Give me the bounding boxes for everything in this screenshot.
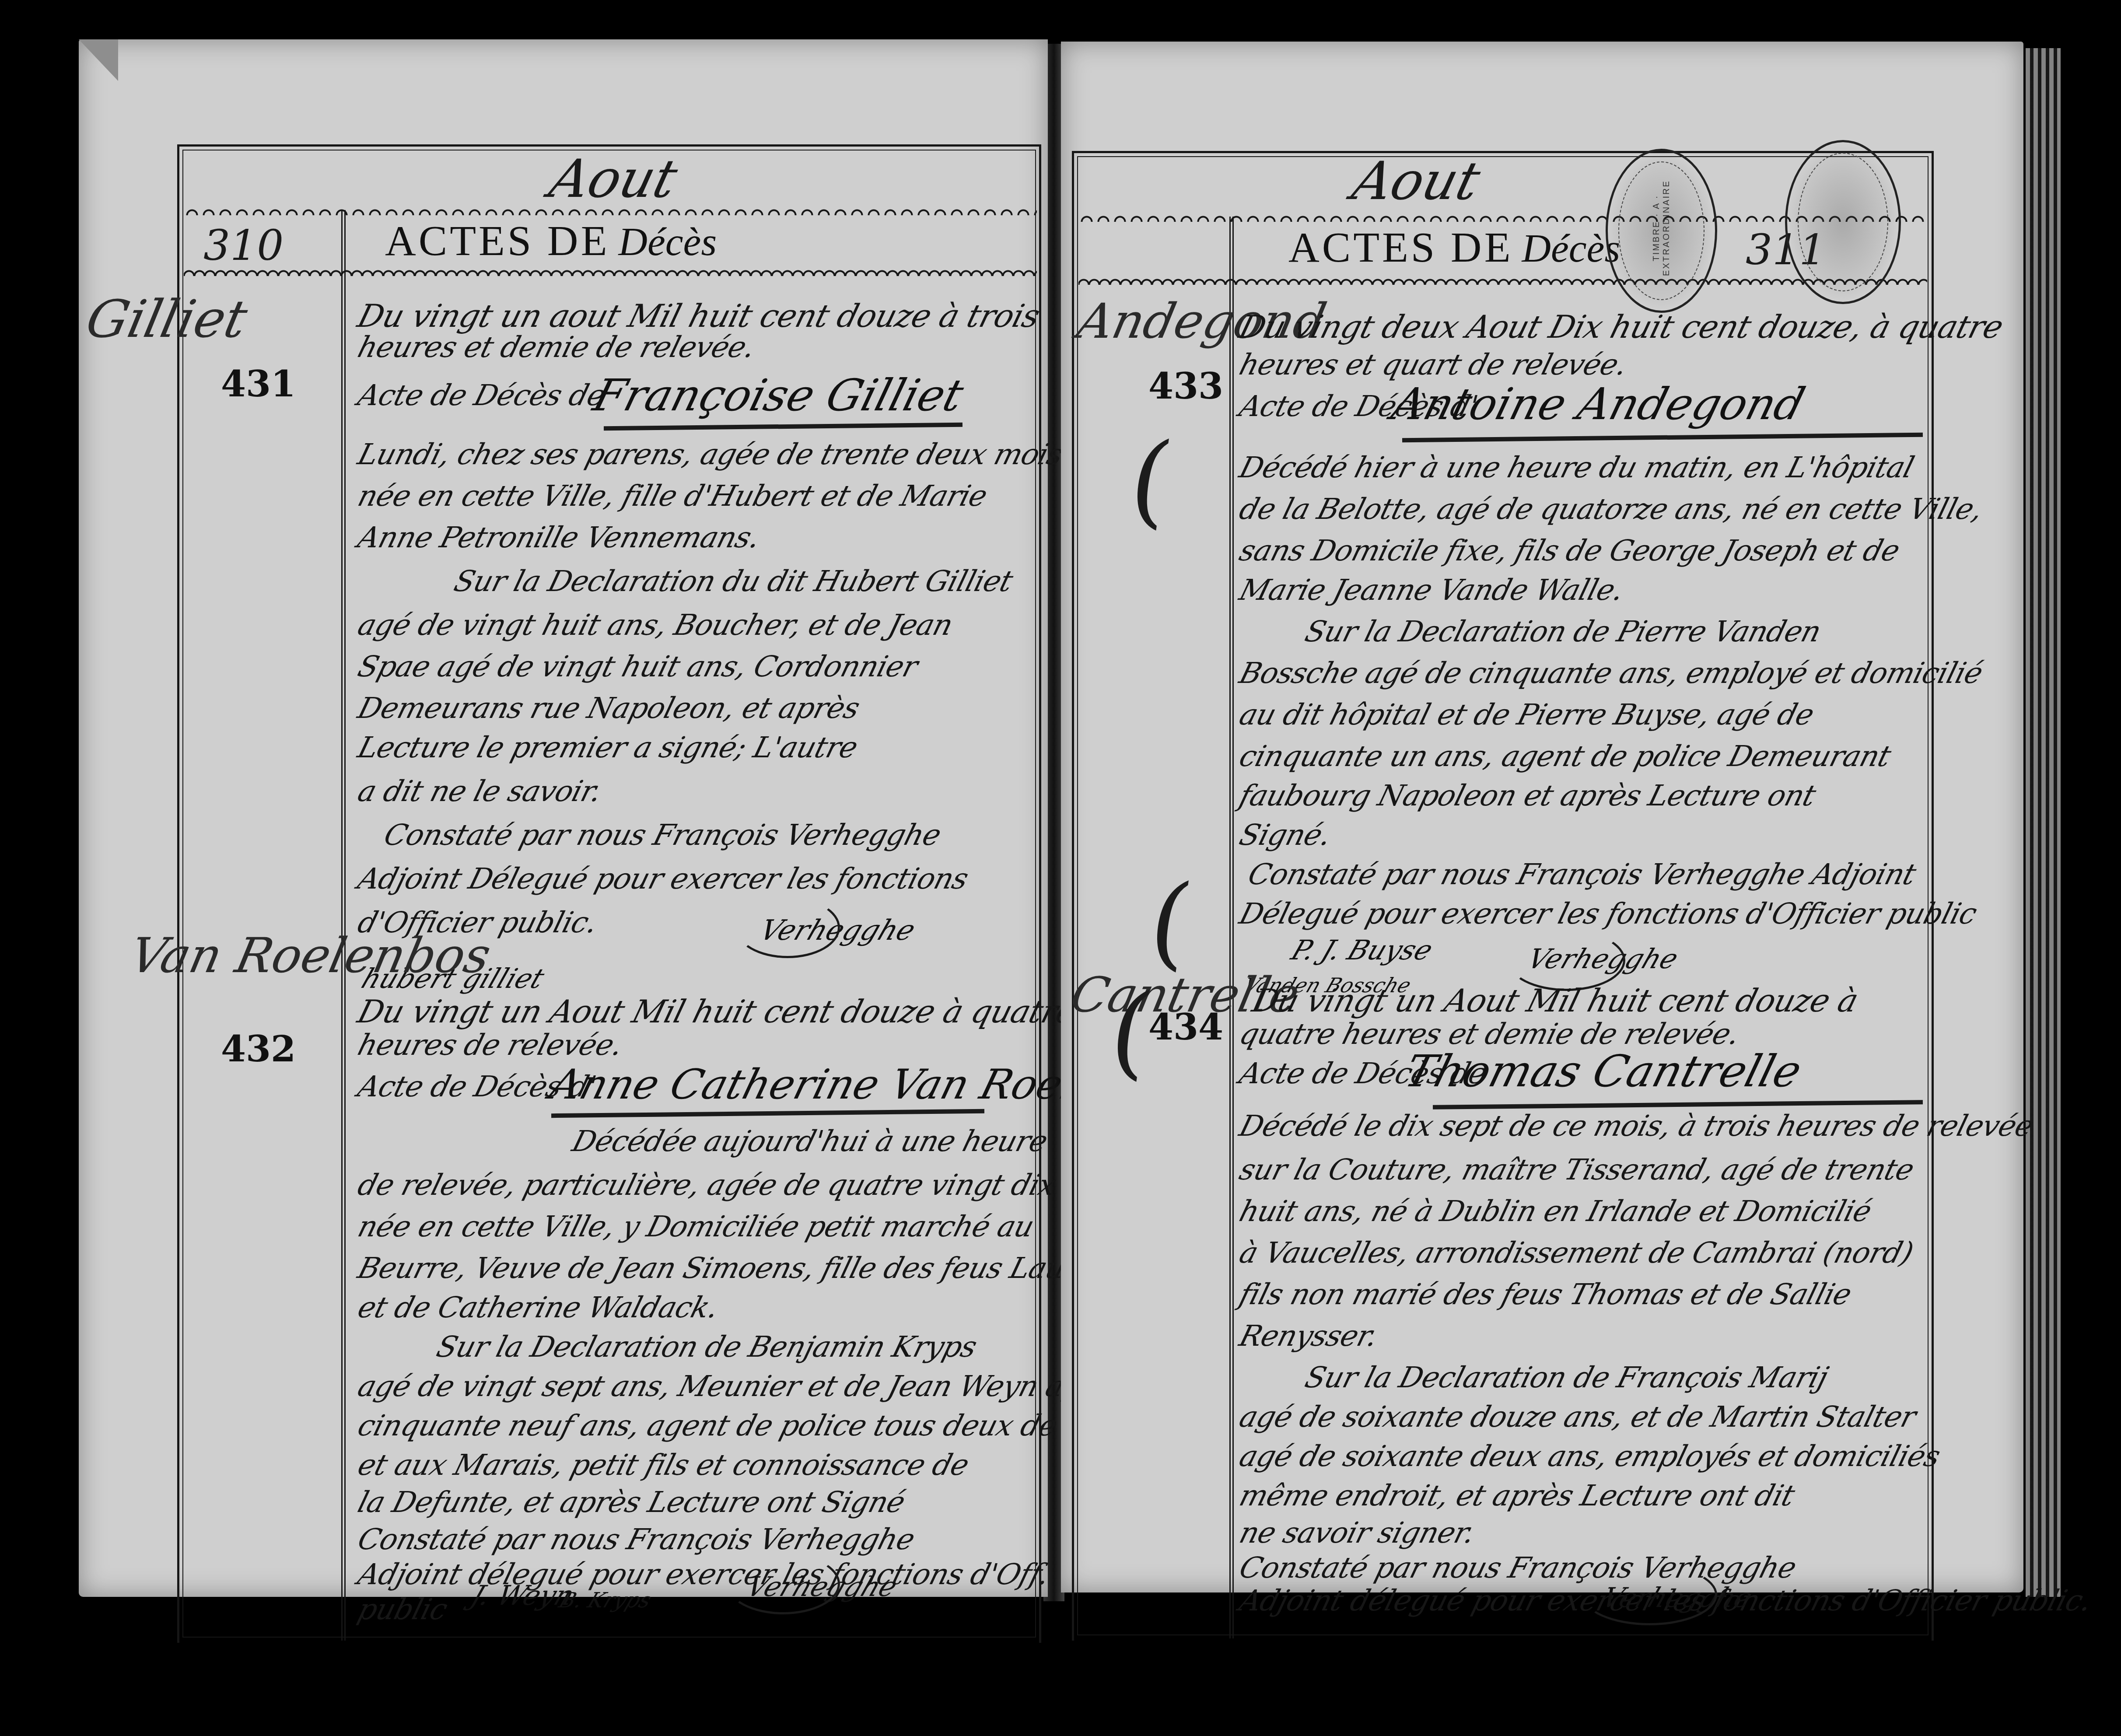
section-heading-label: ACTES DE [385, 217, 610, 265]
signature-flourish [735, 897, 840, 958]
entry-line: au dit hôpital et de Pierre Buyse, agé d… [1236, 698, 1818, 731]
stamp-label: TIMBRE · A · EXTRAORDINAIRE [1652, 175, 1672, 282]
act-number: 433 [1148, 365, 1223, 407]
entry-line: huit ans, né à Dublin en Irlande et Domi… [1236, 1194, 1875, 1228]
entry-line: heures de relevée. [354, 1028, 626, 1062]
section-heading: ACTES DE311Décès [1288, 223, 1620, 272]
entry-line: Adjoint Délegué pour exercer les fonctio… [354, 862, 972, 896]
deceased-name: Françoise Gilliet [588, 370, 969, 421]
page-number: 310 [203, 221, 283, 270]
entry-line: et de Catherine Waldack. [354, 1291, 722, 1324]
entry-line: Constaté par nous François Verhegghe [381, 818, 945, 852]
signature-flourish [1507, 930, 1625, 991]
entry-line: née en cette Ville, fille d'Hubert et de… [354, 479, 991, 513]
entry-line: Renysser. [1236, 1319, 1381, 1353]
entry-line: à Vaucelles, arrondissement de Cambrai (… [1236, 1236, 1917, 1270]
left-page: Aout 310 ACTES DEDécès Gilliet 431 Du vi… [79, 39, 1048, 1597]
section-heading: ACTES DEDécès [385, 217, 717, 266]
stamp-ring [1798, 153, 1888, 291]
entry-line: agé de vingt sept ans, Meunier et de Jea… [354, 1369, 1146, 1403]
entry-line: Adjoint délegué pour exercer les fonctio… [354, 1557, 1053, 1591]
entry-line: Anne Petronille Vennemans. [354, 521, 764, 554]
entry-line: Constaté par nous François Verhegghe Adj… [1245, 857, 1919, 891]
entry-line: Signé. [1236, 818, 1335, 852]
margin-name: Van Roelenbos [125, 927, 495, 983]
entry-line: Spae agé de vingt huit ans, Cordonnier [354, 650, 921, 683]
signature-flourish [1582, 1564, 1717, 1625]
entry-line: Du vingt un Aout Mil huit cent douze à q… [354, 993, 1080, 1030]
entry-line: Lecture le premier a signé; L'autre [354, 731, 861, 764]
entry-line: née en cette Ville, y Domiciliée petit m… [354, 1210, 1038, 1243]
municipal-seal [1785, 140, 1901, 304]
act-number: 432 [221, 1028, 296, 1070]
act-number: 431 [221, 363, 296, 405]
month-heading: Aout [544, 149, 683, 210]
entry-line: Lundi, chez ses parens, agée de trente d… [354, 437, 1067, 471]
entry-line: heures et quart de relevée. [1236, 348, 1631, 381]
entry-line: la Defunte, et après Lecture ont Signé [354, 1485, 909, 1519]
entry-line: Décédée aujourd'hui à une heure [569, 1124, 1051, 1158]
entry-line: Bossche agé de cinquante ans, employé et… [1236, 656, 1986, 690]
entry-line: Sur la Declaration de Pierre Vanden [1302, 615, 1825, 648]
entry-line: et aux Marais, petit fils et connoissanc… [354, 1448, 973, 1482]
month-heading: Aout [1347, 151, 1486, 212]
section-kind: Décès [619, 219, 717, 264]
section-heading-label: ACTES DE [1288, 224, 1513, 271]
margin-column-rule [1229, 217, 1231, 1638]
entry-line: Acte de Décès de [354, 378, 609, 412]
entry-line: faubourg Napoleon et après Lecture ont [1236, 779, 1820, 812]
entry-line: Constaté par nous François Verhegghe [1236, 1551, 1800, 1585]
entry-line: Délegué pour exercer les fonctions d'Off… [1236, 897, 1981, 931]
entry-line: agé de vingt huit ans, Boucher, et de Je… [354, 608, 956, 642]
entry-line: de relevée, particulière, agée de quatre… [354, 1168, 1183, 1202]
margin-column-rule [341, 210, 343, 1641]
signature-declarant: B. Kryps [556, 1588, 655, 1613]
entry-line: même endroit, et après Lecture ont dit [1236, 1479, 1798, 1512]
entry-line: sans Domicile fixe, fils de George Josep… [1236, 534, 1903, 567]
entry-line: Sur la Declaration de Benjamin Kryps [433, 1330, 980, 1364]
entry-line: Du vingt deux Aout Dix huit cent douze, … [1235, 308, 2007, 345]
entry-line: sur la Couture, maître Tisserand, agé de… [1236, 1153, 1918, 1186]
entry-line: ne savoir signer. [1236, 1516, 1478, 1550]
entry-line: Beurre, Veuve de Jean Simoens, fille des… [354, 1251, 1128, 1285]
entry-line: agé de soixante deux ans, employés et do… [1236, 1439, 1944, 1473]
entry-line: a dit ne le savoir. [354, 774, 605, 808]
entry-line: Du vingt un Aout Mil huit cent douze à [1249, 982, 1862, 1019]
folded-corner [79, 39, 118, 81]
signature-declarant: P. J. Buyse [1287, 934, 1438, 966]
subheader-wave-rule [1078, 278, 1927, 285]
deceased-name: Thomas Cantrelle [1400, 1046, 1807, 1097]
subheader-wave-rule [184, 269, 1037, 276]
entry-line: Sur la Declaration de François Marij [1302, 1361, 1832, 1394]
deceased-name: Antoine Andegond [1386, 378, 1810, 430]
entry-line: Décédé le dix sept de ce mois, à trois h… [1236, 1109, 2037, 1143]
entry-line: Sur la Declaration du dit Hubert Gilliet [451, 564, 1016, 598]
act-number: 434 [1148, 1006, 1223, 1048]
entry-line: de la Belotte, agé de quatorze ans, né e… [1236, 492, 1986, 526]
right-page: Aout ACTES DE311Décès 311 TIMBRE · A · E… [1061, 42, 2023, 1592]
entry-line: agé de soixante douze ans, et de Martin … [1236, 1400, 1920, 1434]
page-edges [2026, 48, 2061, 1597]
entry-line: Décédé hier à une heure du matin, en L'h… [1236, 451, 1918, 484]
entry-line: Constaté par nous François Verhegghe [354, 1522, 918, 1556]
tax-stamp: TIMBRE · A · EXTRAORDINAIRE [1606, 149, 1717, 313]
entry-line: cinquante un ans, agent de police Demeur… [1236, 739, 1894, 773]
entry-line: fils non marié des feus Thomas et de Sal… [1236, 1277, 1855, 1311]
signature-flourish [726, 1553, 840, 1614]
entry-line: Demeurans rue Napoleon, et après [354, 691, 863, 725]
entry-line: Marie Jeanne Vande Walle. [1236, 573, 1627, 607]
entry-line: heures et demie de relevée. [354, 330, 759, 364]
entry-line: Du vingt un aout Mil huit cent douze à t… [354, 297, 1044, 334]
margin-name: Gilliet [81, 289, 252, 349]
entry-line: public [354, 1592, 451, 1626]
